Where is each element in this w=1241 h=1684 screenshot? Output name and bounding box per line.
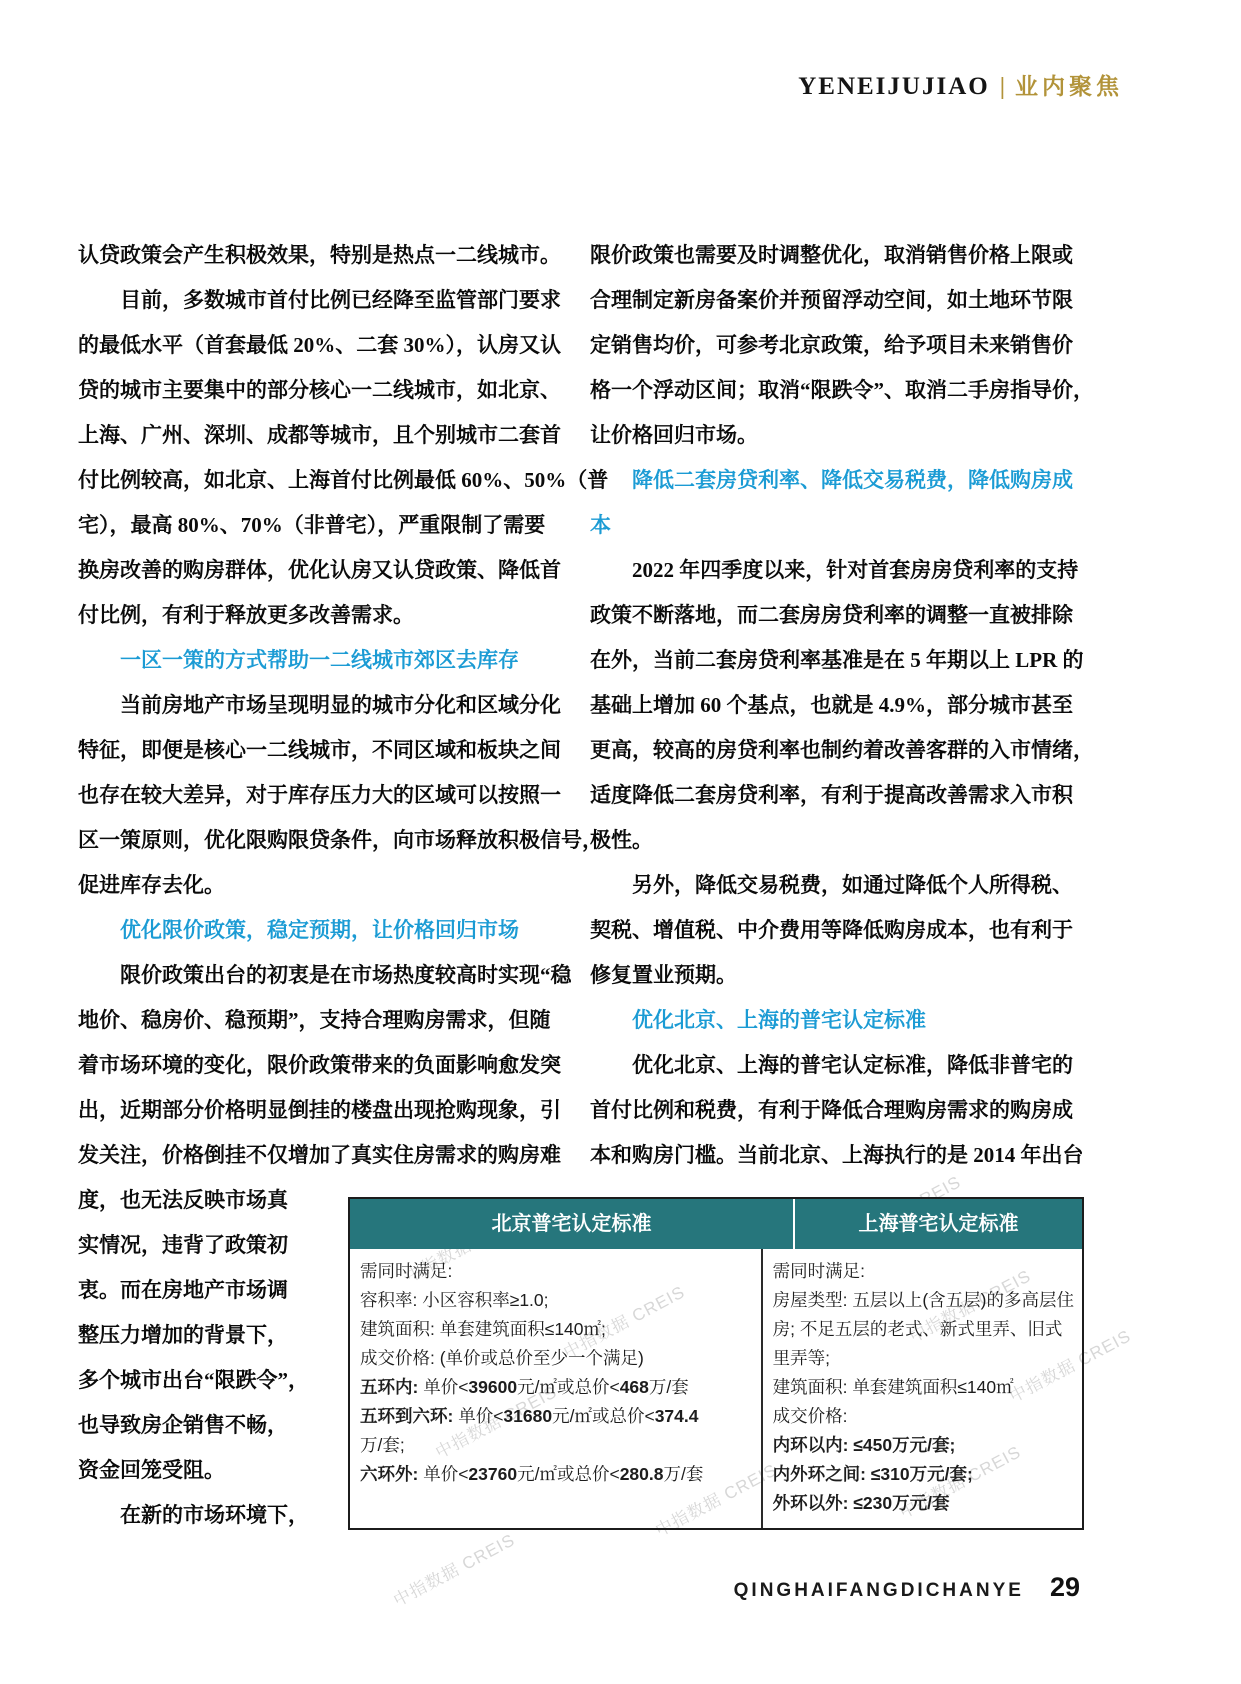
text-line: 房; 不足五层的老式、新式里弄、旧式 xyxy=(773,1315,1074,1344)
page-header: YENEIJUJIAO|业内聚焦 xyxy=(798,68,1123,101)
text-line: 内环以内: ≤450万元/套; xyxy=(773,1431,1074,1460)
text-line: 更高，较高的房贷利率也制约着改善客群的入市情绪， xyxy=(590,728,1084,773)
text-line: 定销售均价，可参考北京政策，给予项目未来销售价 xyxy=(590,323,1084,368)
left-column: 认贷政策会产生积极效果，特别是热点一二线城市。 目前，多数城市首付比例已经降至监… xyxy=(78,233,570,1178)
text-line: 格一个浮动区间；取消“限跌令”、取消二手房指导价， xyxy=(590,368,1084,413)
section-heading: 优化限价政策，稳定预期，让价格回归市场 xyxy=(78,908,570,953)
text-line: 另外，降低交易税费，如通过降低个人所得税、 xyxy=(590,863,1084,908)
text-line: 里弄等; xyxy=(773,1344,1074,1373)
text-line: 也导致房企销售不畅， xyxy=(78,1403,334,1448)
text-line: 本和购房门槛。当前北京、上海执行的是 2014 年出台 xyxy=(590,1133,1084,1178)
watermark: 中指数据 CREIS xyxy=(388,1526,519,1611)
table-header-beijing: 北京普宅认定标准 xyxy=(350,1199,795,1249)
text-line: 整压力增加的背景下， xyxy=(78,1313,334,1358)
text-line: 也存在较大差异，对于库存压力大的区域可以按照一 xyxy=(78,773,570,818)
left-narrow-column: 度，也无法反映市场真实情况，违背了政策初衷。而在房地产市场调整压力增加的背景下，… xyxy=(78,1178,334,1538)
text-line: 成交价格: (单价或总价至少一个满足) xyxy=(360,1344,753,1373)
text-line: 基础上增加 60 个基点，也就是 4.9%，部分城市甚至 xyxy=(590,683,1084,728)
text-line: 上海、广州、深圳、成都等城市，且个别城市二套首 xyxy=(78,413,570,458)
text-line: 内外环之间: ≤310万元/套; xyxy=(773,1460,1074,1489)
text-line: 需同时满足: xyxy=(360,1257,753,1286)
text-line: 特征，即便是核心一二线城市，不同区域和板块之间 xyxy=(78,728,570,773)
table-header-row: 北京普宅认定标准 上海普宅认定标准 xyxy=(350,1199,1082,1249)
text-line: 在新的市场环境下， xyxy=(78,1493,334,1538)
right-column: 限价政策也需要及时调整优化，取消销售价格上限或合理制定新房备案价并预留浮动空间，… xyxy=(590,233,1084,1178)
text-line: 付比例较高，如北京、上海首付比例最低 60%、50%（普 xyxy=(78,458,570,503)
text-line: 让价格回归市场。 xyxy=(590,413,1084,458)
text-line: 换房改善的购房群体，优化认房又认贷政策、降低首 xyxy=(78,548,570,593)
text-line: 万/套; xyxy=(360,1431,753,1460)
text-line: 促进库存去化。 xyxy=(78,863,570,908)
text-line: 首付比例和税费，有利于降低合理购房需求的购房成 xyxy=(590,1088,1084,1133)
text-line: 成交价格: xyxy=(773,1402,1074,1431)
text-line: 着市场环境的变化，限价政策带来的负面影响愈发突 xyxy=(78,1043,570,1088)
text-line: 修复置业预期。 xyxy=(590,953,1084,998)
text-line: 建筑面积: 单套建筑面积≤140㎡ xyxy=(773,1373,1074,1402)
text-line: 六环外: 单价<23760元/㎡或总价<280.8万/套 xyxy=(360,1460,753,1489)
header-divider: | xyxy=(1000,74,1005,100)
text-line: 的最低水平（首套最低 20%、二套 30%），认房又认 xyxy=(78,323,570,368)
section-heading: 本 xyxy=(590,503,1084,548)
text-line: 目前，多数城市首付比例已经降至监管部门要求 xyxy=(78,278,570,323)
text-line: 贷的城市主要集中的部分核心一二线城市，如北京、 xyxy=(78,368,570,413)
text-line: 建筑面积: 单套建筑面积≤140㎡; xyxy=(360,1315,753,1344)
header-journal-name: YENEIJUJIAO xyxy=(798,73,989,100)
text-line: 当前房地产市场呈现明显的城市分化和区域分化 xyxy=(78,683,570,728)
text-line: 宅），最高 80%、70%（非普宅），严重限制了需要 xyxy=(78,503,570,548)
text-line: 发关注，价格倒挂不仅增加了真实住房需求的购房难 xyxy=(78,1133,570,1178)
text-line: 认贷政策会产生积极效果，特别是热点一二线城市。 xyxy=(78,233,570,278)
section-heading: 优化北京、上海的普宅认定标准 xyxy=(590,998,1084,1043)
text-line: 需同时满足: xyxy=(773,1257,1074,1286)
page-number: 29 xyxy=(1050,1572,1080,1602)
text-line: 契税、增值税、中介费用等降低购房成本，也有利于 xyxy=(590,908,1084,953)
text-line: 合理制定新房备案价并预留浮动空间，如土地环节限 xyxy=(590,278,1084,323)
text-line: 容积率: 小区容积率≥1.0; xyxy=(360,1286,753,1315)
text-line: 在外，当前二套房贷利率基准是在 5 年期以上 LPR 的 xyxy=(590,638,1084,683)
text-line: 区一策原则，优化限购限贷条件，向市场释放积极信号， xyxy=(78,818,570,863)
table-header-shanghai: 上海普宅认定标准 xyxy=(795,1199,1082,1249)
text-line: 政策不断落地，而二套房房贷利率的调整一直被排除 xyxy=(590,593,1084,638)
text-line: 度，也无法反映市场真 xyxy=(78,1178,334,1223)
text-line: 付比例，有利于释放更多改善需求。 xyxy=(78,593,570,638)
magazine-page: YENEIJUJIAO|业内聚焦 认贷政策会产生积极效果，特别是热点一二线城市。… xyxy=(0,0,1241,1684)
page-footer: QINGHAIFANGDICHANYE29 xyxy=(734,1572,1080,1603)
text-line: 五环到六环: 单价<31680元/㎡或总价<374.4 xyxy=(360,1402,753,1431)
table-cell-shanghai: 需同时满足:房屋类型: 五层以上(含五层)的多高层住房; 不足五层的老式、新式里… xyxy=(763,1249,1082,1528)
section-heading: 降低二套房贷利率、降低交易税费，降低购房成 xyxy=(590,458,1084,503)
housing-standards-table: 北京普宅认定标准 上海普宅认定标准 需同时满足:容积率: 小区容积率≥1.0;建… xyxy=(348,1197,1084,1530)
table-cell-beijing: 需同时满足:容积率: 小区容积率≥1.0;建筑面积: 单套建筑面积≤140㎡;成… xyxy=(350,1249,763,1528)
text-line: 极性。 xyxy=(590,818,1084,863)
text-line: 2022 年四季度以来，针对首套房房贷利率的支持 xyxy=(590,548,1084,593)
text-line: 优化北京、上海的普宅认定标准，降低非普宅的 xyxy=(590,1043,1084,1088)
footer-journal-name: QINGHAIFANGDICHANYE xyxy=(734,1580,1024,1601)
text-line: 房屋类型: 五层以上(含五层)的多高层住 xyxy=(773,1286,1074,1315)
text-line: 外环以外: ≤230万元/套 xyxy=(773,1489,1074,1518)
text-line: 限价政策也需要及时调整优化，取消销售价格上限或 xyxy=(590,233,1084,278)
section-heading: 一区一策的方式帮助一二线城市郊区去库存 xyxy=(78,638,570,683)
text-line: 五环内: 单价<39600元/㎡或总价<468万/套 xyxy=(360,1373,753,1402)
text-line: 多个城市出台“限跌令”， xyxy=(78,1358,334,1403)
text-line: 实情况，违背了政策初 xyxy=(78,1223,334,1268)
text-line: 衷。而在房地产市场调 xyxy=(78,1268,334,1313)
text-line: 出，近期部分价格明显倒挂的楼盘出现抢购现象，引 xyxy=(78,1088,570,1133)
table-body-row: 需同时满足:容积率: 小区容积率≥1.0;建筑面积: 单套建筑面积≤140㎡;成… xyxy=(350,1249,1082,1528)
header-section-title: 业内聚焦 xyxy=(1015,74,1123,99)
text-line: 地价、稳房价、稳预期”，支持合理购房需求，但随 xyxy=(78,998,570,1043)
text-line: 限价政策出台的初衷是在市场热度较高时实现“稳 xyxy=(78,953,570,998)
text-line: 适度降低二套房贷利率，有利于提高改善需求入市积 xyxy=(590,773,1084,818)
text-line: 资金回笼受阻。 xyxy=(78,1448,334,1493)
